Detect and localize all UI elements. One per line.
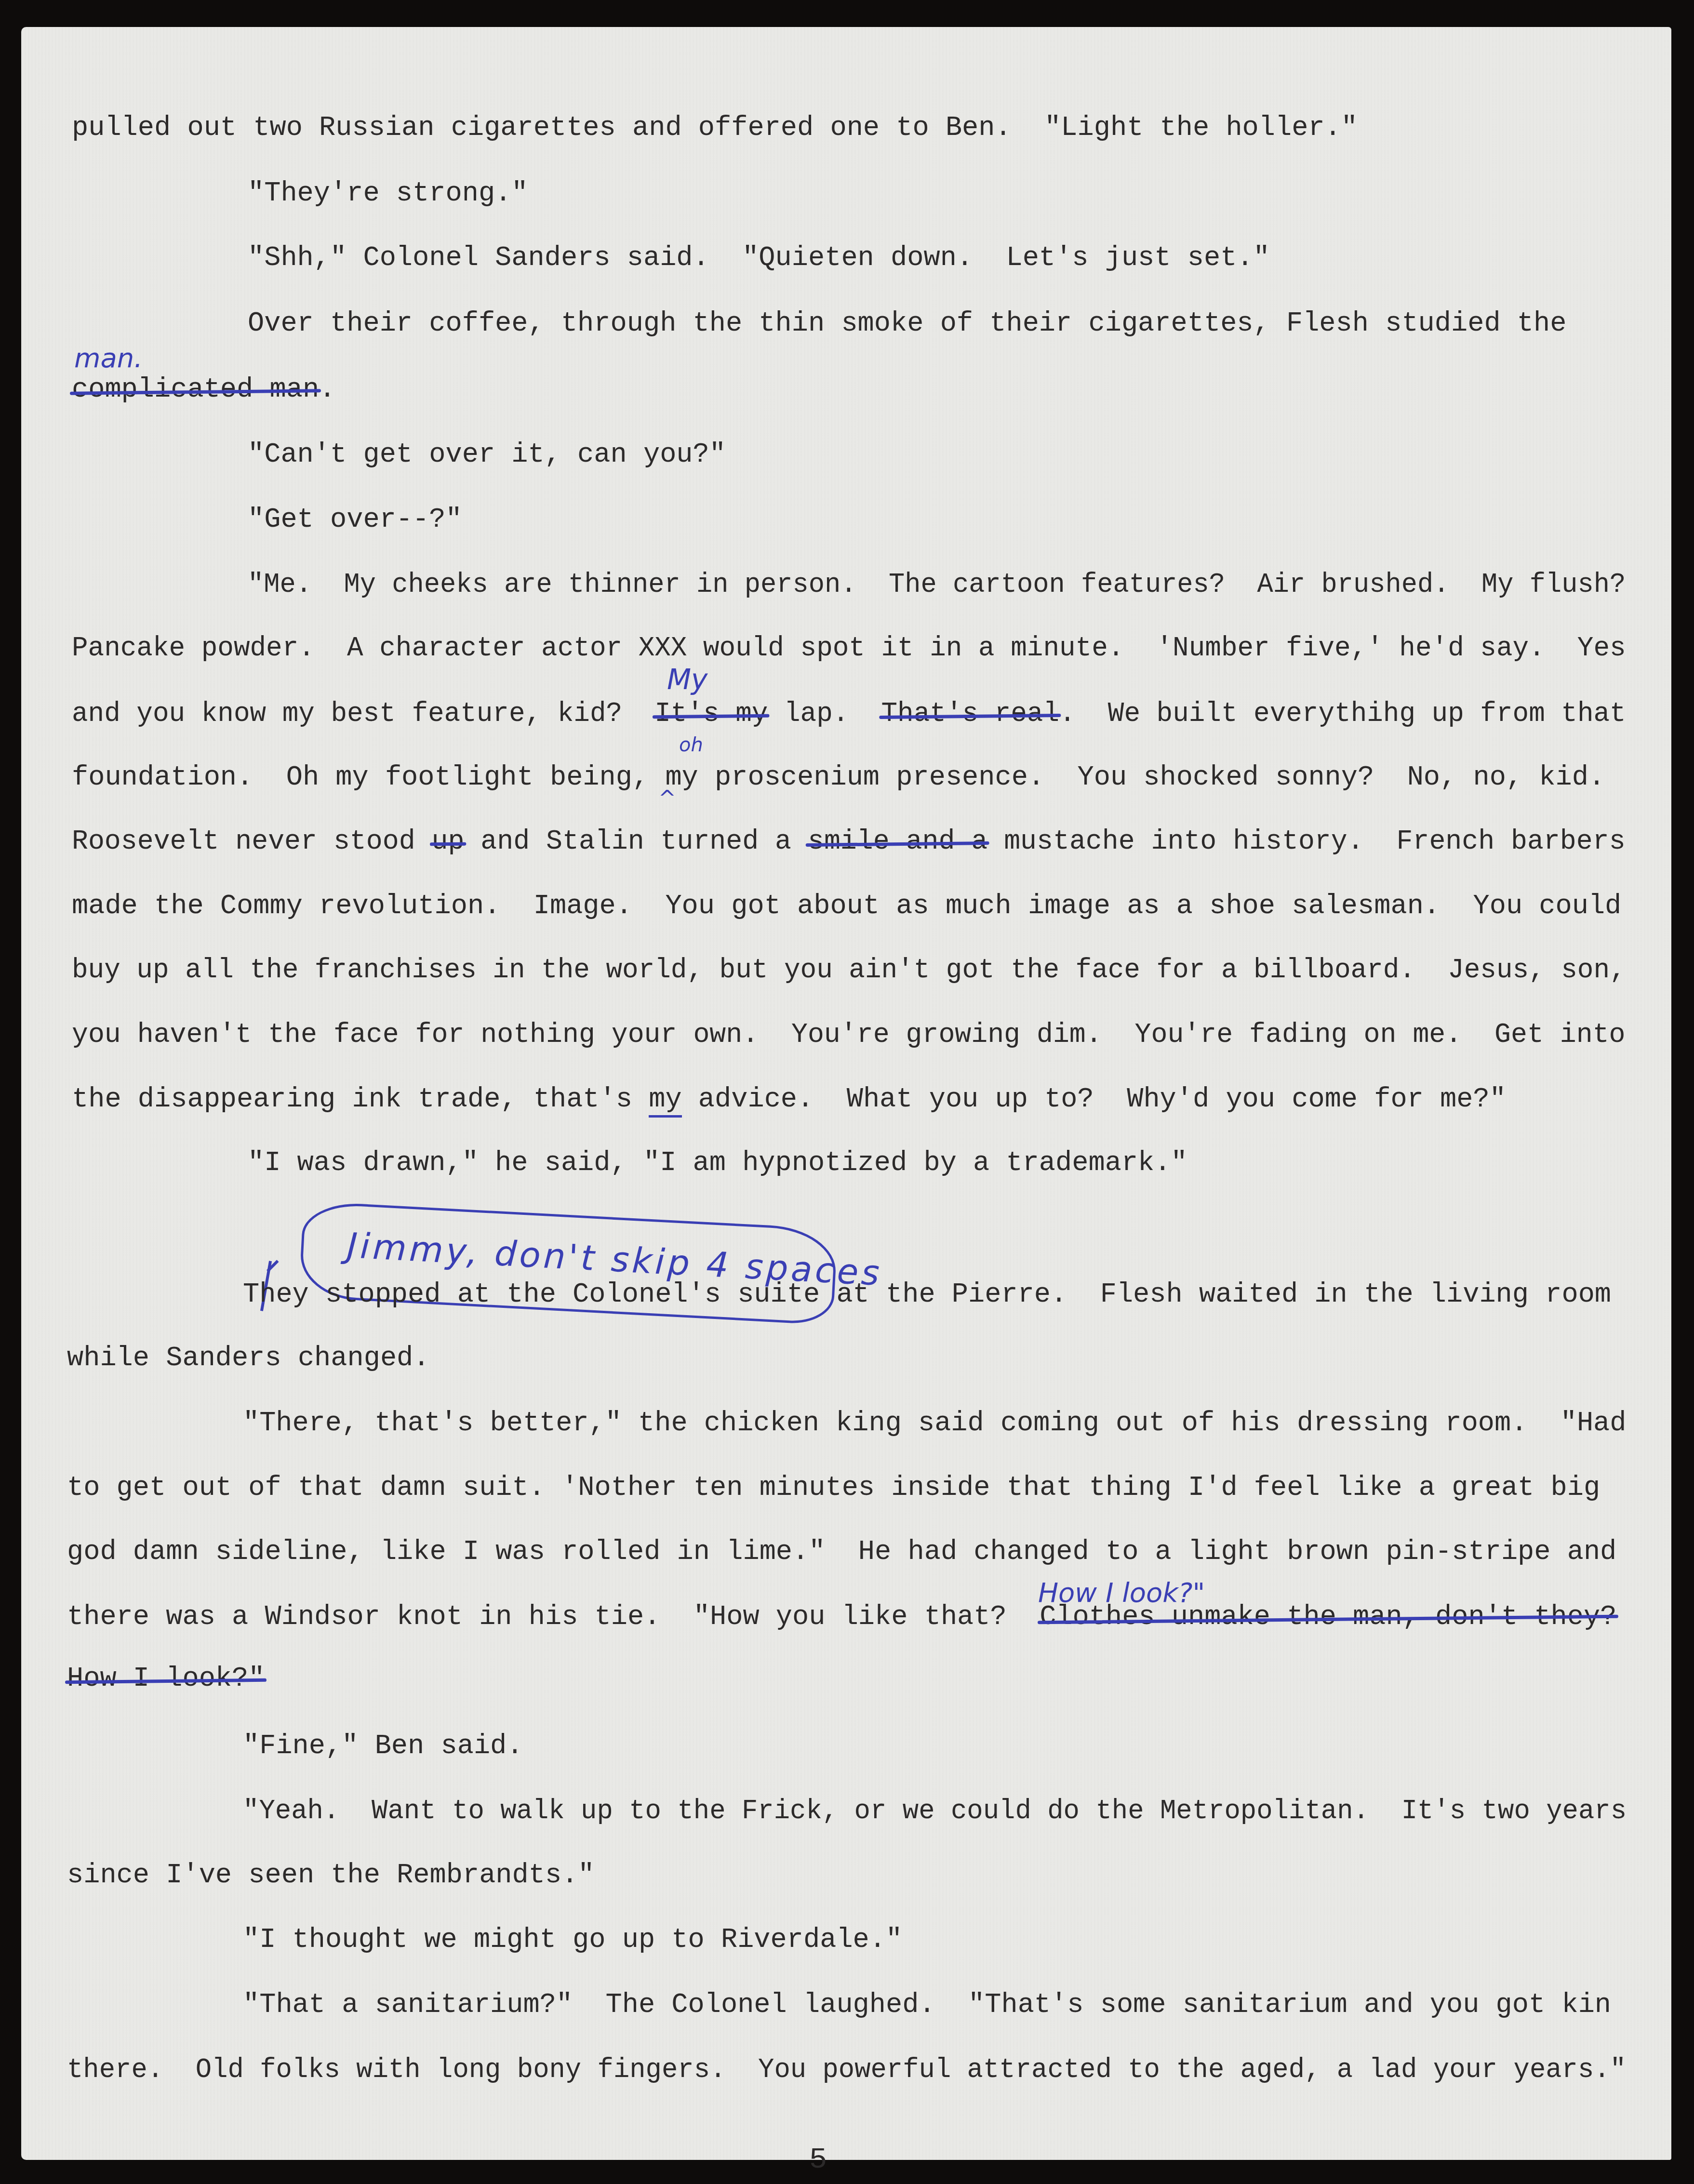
text-line: foundation. Oh my footlight being, my pr… — [72, 764, 1605, 792]
text-line: "Get over--?" — [248, 506, 462, 534]
text-line: Pancake powder. A character actor XXX wo… — [72, 635, 1626, 663]
struck-text: How I look?" — [67, 1664, 265, 1694]
text-line: complicated man. — [72, 376, 335, 404]
text-line: They stopped at the Colonel's suite at t… — [243, 1281, 1611, 1309]
struck-text: Clothes unmake the man, don't they? — [1040, 1602, 1616, 1633]
underlined-text: my — [649, 1084, 681, 1118]
text-line: buy up all the franchises in the world, … — [72, 957, 1626, 985]
text-line: How I look?" — [67, 1665, 265, 1693]
struck-text: up — [432, 826, 465, 857]
text-line: made the Commy revolution. Image. You go… — [72, 893, 1621, 920]
struck-text: complicated man — [72, 374, 319, 405]
text-line: there was a Windsor knot in his tie. "Ho… — [67, 1604, 1616, 1631]
text-line: "Shh," Colonel Sanders said. "Quieten do… — [248, 245, 1270, 272]
struck-text: It's my — [654, 699, 768, 730]
text-line: Roosevelt never stood up and Stalin turn… — [72, 828, 1626, 856]
text-line: god damn sideline, like I was rolled in … — [67, 1539, 1616, 1566]
text-line: "I thought we might go up to Riverdale." — [243, 1927, 902, 1954]
struck-text: That's real — [881, 699, 1059, 730]
text-line: "Fine," Ben said. — [243, 1733, 523, 1760]
text-line: "Yeah. Want to walk up to the Frick, or … — [243, 1798, 1627, 1825]
text-line: "I was drawn," he said, "I am hypnotized… — [248, 1150, 1187, 1177]
text-line: since I've seen the Rembrandts." — [67, 1862, 595, 1890]
text-line: you haven't the face for nothing your ow… — [72, 1022, 1626, 1049]
handwritten-insert: oh — [679, 735, 703, 755]
text-line: pulled out two Russian cigarettes and of… — [72, 115, 1358, 142]
page-number: 5 — [809, 2143, 827, 2177]
text-line: to get out of that damn suit. 'Nother te… — [67, 1475, 1600, 1502]
text-line: the disappearing ink trade, that's my ad… — [72, 1086, 1506, 1114]
text-line: "Can't get over it, can you?" — [248, 441, 726, 469]
text-line: Over their coffee, through the thin smok… — [248, 310, 1566, 338]
text-line: there. Old folks with long bony fingers.… — [67, 2057, 1626, 2084]
text-line: "Me. My cheeks are thinner in person. Th… — [248, 572, 1626, 599]
text-line: while Sanders changed. — [67, 1345, 430, 1372]
manuscript-page: pulled out two Russian cigarettes and of… — [21, 27, 1671, 2160]
struck-text: smile and a — [808, 826, 987, 857]
text-line: "They're strong." — [248, 180, 528, 208]
text-line: "That a sanitarium?" The Colonel laughed… — [243, 1992, 1611, 2019]
handwritten-insert: man. — [74, 345, 143, 372]
text-line: and you know my best feature, kid? It's … — [72, 701, 1626, 728]
handwritten-insert: My — [667, 666, 707, 693]
text-line: "There, that's better," the chicken king… — [243, 1410, 1626, 1438]
